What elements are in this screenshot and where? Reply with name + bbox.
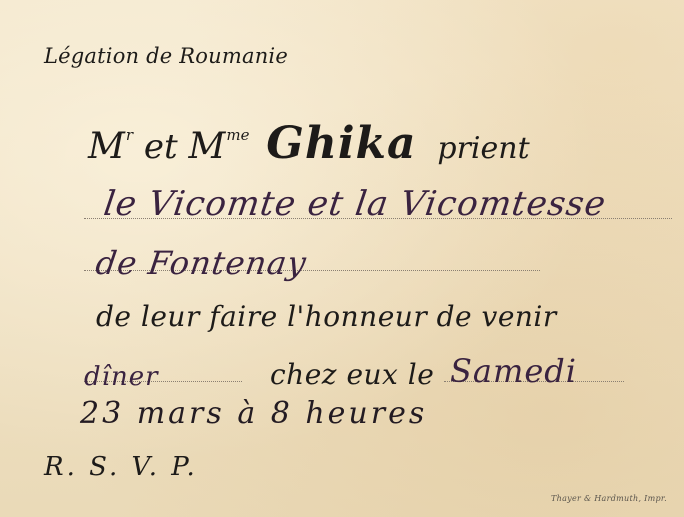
title-mr: M: [88, 126, 125, 167]
guest-names-line-1: le Vicomte et la Vicomtesse: [101, 184, 609, 224]
location-text: chez eux le: [270, 358, 434, 391]
title-mme-suffix: me: [226, 126, 249, 144]
invitation-card: Légation de Roumanie Mr et Mme Ghika pri…: [0, 0, 684, 517]
hosts-line: Mr et Mme Ghika prient: [88, 118, 530, 169]
guest-names-line-2: de Fontenay: [93, 244, 309, 282]
conjunction-et: et: [144, 127, 178, 167]
verb-prient: prient: [437, 131, 529, 166]
printer-imprint: Thayer & Hardmuth, Impr.: [551, 494, 667, 503]
legation-header: Légation de Roumanie: [44, 44, 288, 68]
event-date-time: 23 mars à 8 heures: [80, 396, 427, 431]
host-name: Ghika: [266, 118, 416, 169]
meal-type: dîner: [84, 362, 159, 392]
request-line: de leur faire l'honneur de venir: [96, 300, 557, 333]
rsvp-text: R. S. V. P.: [44, 452, 198, 482]
title-mr-suffix: r: [126, 126, 133, 144]
event-day: Samedi: [450, 352, 577, 390]
title-mme: M: [188, 126, 225, 167]
